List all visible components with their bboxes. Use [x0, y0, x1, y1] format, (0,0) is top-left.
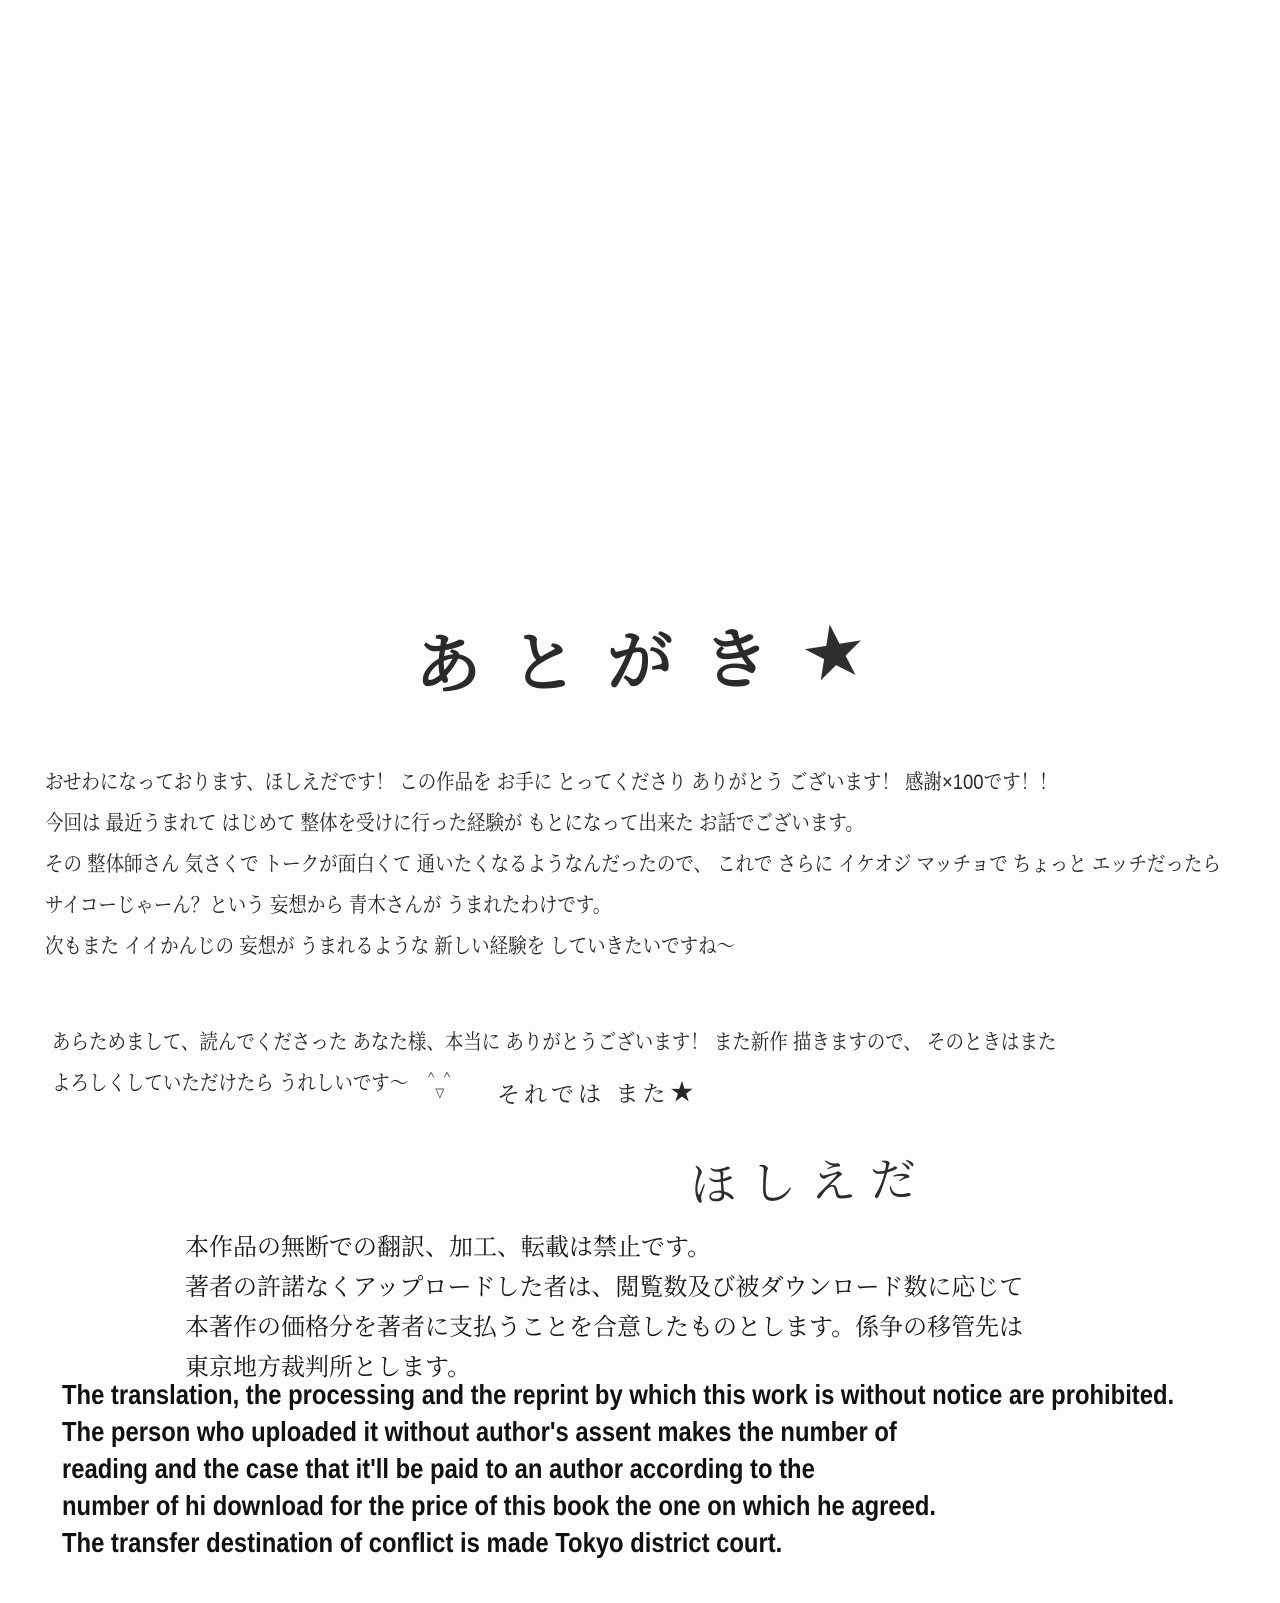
notice-en-line: The person who uploaded it without autho… [62, 1413, 1174, 1450]
afterword-title: あとがき ★ [414, 604, 868, 707]
handwritten-line: 次もまた イイかんじの 妄想が うまれるような 新しい経験を していきたいですね… [45, 926, 1221, 967]
handwritten-line: サイコーじゃーん？という 妄想から 青木さんが うまれたわけです。 [45, 885, 1221, 926]
star-icon: ★ [669, 1076, 698, 1107]
handwritten-line: あらためまして、読んでくださった あなた様、本当に ありがとうございます！ また… [52, 1022, 1056, 1063]
kaomoji-eyes: ＾＾ [424, 1069, 456, 1085]
notice-en-line: reading and the case that it'll be paid … [62, 1450, 1174, 1487]
handwritten-line: おせわになっております、ほしえだです！ この作品を お手に とってくださり あり… [45, 762, 1221, 803]
smiley-kaomoji-icon: ＾＾▽ [424, 1069, 456, 1099]
notice-jp-line: 著者の許諾なくアップロードした者は、閲覧数及び被ダウンロード数に応じて [185, 1268, 1023, 1308]
closing-line: それでは また★ [497, 1075, 699, 1110]
handwritten-line: その 整体師さん 気さくで トークが面白くて 通いたくなるようなんだったので、 … [45, 844, 1221, 885]
legal-notice-english: The translation, the processing and the … [62, 1376, 1280, 1561]
notice-en-line: number of hi download for the price of t… [62, 1487, 1174, 1524]
author-signature: ほしえだ [689, 1143, 931, 1215]
notice-en-line: The translation, the processing and the … [62, 1376, 1174, 1413]
handwritten-line-text: よろしくしていただけたら うれしいです〜 [52, 1072, 408, 1095]
closing-text: それでは また [497, 1080, 670, 1108]
notice-jp-line: 本著作の価格分を著者に支払うことを合意したものとします。係争の移管先は [185, 1308, 1023, 1348]
notice-en-line: The transfer destination of conflict is … [62, 1524, 1174, 1561]
afterword-title-text: あとがき [414, 605, 800, 707]
kaomoji-mouth: ▽ [436, 1086, 445, 1099]
handwritten-paragraph-1: おせわになっております、ほしえだです！ この作品を お手に とってくださり あり… [45, 762, 1280, 967]
handwritten-line: 今回は 最近うまれて はじめて 整体を受けに行った経験が もとになって出来た お… [45, 803, 1221, 844]
scanned-afterword-page: あとがき ★ おせわになっております、ほしえだです！ この作品を お手に とって… [0, 0, 1280, 1603]
legal-notice-japanese: 本作品の無断での翻訳、加工、転載は禁止です。 著者の許諾なくアップロードした者は… [185, 1228, 1023, 1388]
star-icon: ★ [795, 604, 874, 699]
notice-jp-line: 本作品の無断での翻訳、加工、転載は禁止です。 [185, 1228, 1023, 1268]
